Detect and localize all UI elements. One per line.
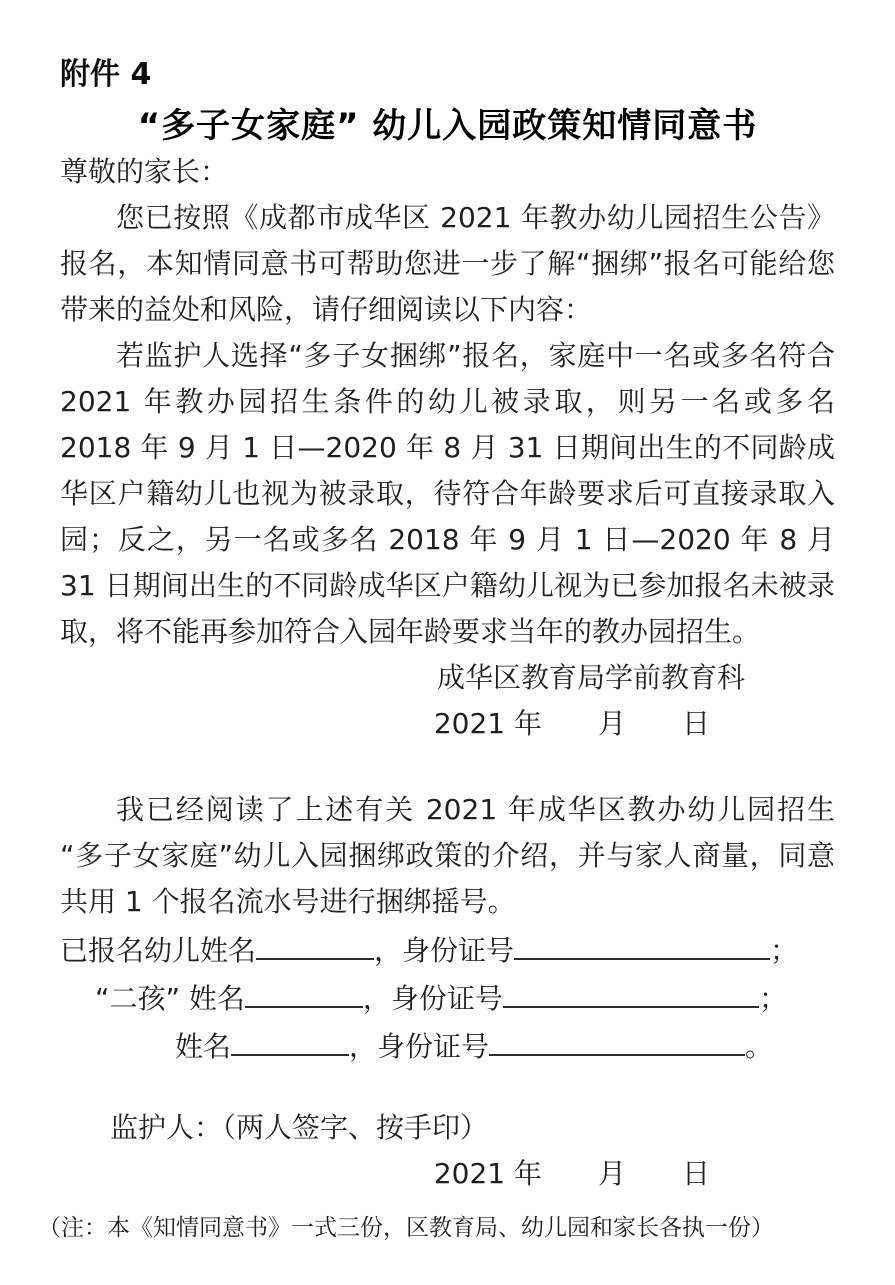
third-child-name-blank-field[interactable] xyxy=(231,1026,349,1056)
registered-child-name-blank-field[interactable] xyxy=(256,930,374,960)
issuer-signature-block: 成华区教育局学前教育科 2021 年 月 日 xyxy=(60,655,835,747)
third-child-row-terminator: 。 xyxy=(745,1030,773,1063)
attachment-label: 附件 4 xyxy=(60,55,835,95)
consent-form-page: 附件 4 “多子女家庭” 幼儿入园政策知情同意书 尊敬的家长： 您已按照《成都市… xyxy=(0,0,895,1285)
intro-paragraph: 您已按照《成都市成华区 2021 年教办幼儿园招生公告》报名，本知情同意书可帮助… xyxy=(60,195,835,333)
second-child-id-label: ，身份证号 xyxy=(363,982,503,1015)
second-child-row-terminator: ； xyxy=(759,982,787,1015)
guardian-signature-line: 监护人：（两人签字、按手印） xyxy=(60,1105,835,1151)
policy-paragraph: 若监护人选择“多子女捆绑”报名，家庭中一名或多名符合 2021 年教办园招生条件… xyxy=(60,333,835,655)
page-title: “多子女家庭” 幼儿入园政策知情同意书 xyxy=(60,103,835,149)
second-child-name-label: “二孩” 姓名 xyxy=(95,982,245,1015)
consent-paragraph: 我已经阅读了上述有关 2021 年成华区教办幼儿园招生“多子女家庭”幼儿入园捆绑… xyxy=(60,787,835,925)
second-child-row: “二孩” 姓名，身份证号； xyxy=(95,975,835,1023)
guardian-date-line: 2021 年 月 日 xyxy=(60,1151,835,1197)
second-child-id-blank-field[interactable] xyxy=(503,978,759,1008)
third-child-row: 姓名，身份证号。 xyxy=(175,1023,835,1071)
second-child-name-blank-field[interactable] xyxy=(245,978,363,1008)
salutation: 尊敬的家长： xyxy=(60,149,835,195)
registered-child-row: 已报名幼儿姓名，身份证号； xyxy=(60,927,835,975)
registered-child-id-label: ，身份证号 xyxy=(374,934,514,967)
third-child-id-blank-field[interactable] xyxy=(489,1026,745,1056)
registered-child-row-terminator: ； xyxy=(770,934,798,967)
footnote: （注：本《知情同意书》一式三份，区教育局、幼儿园和家长各执一份） xyxy=(38,1211,835,1245)
third-child-id-label: ，身份证号 xyxy=(349,1030,489,1063)
registered-child-id-blank-field[interactable] xyxy=(514,930,770,960)
fill-in-section: 已报名幼儿姓名，身份证号； “二孩” 姓名，身份证号； 姓名，身份证号。 xyxy=(60,927,835,1071)
third-child-name-label: 姓名 xyxy=(175,1030,231,1063)
issuer-date-line: 2021 年 月 日 xyxy=(60,701,835,747)
issuer-org-name: 成华区教育局学前教育科 xyxy=(60,655,835,701)
registered-child-name-label: 已报名幼儿姓名 xyxy=(60,934,256,967)
